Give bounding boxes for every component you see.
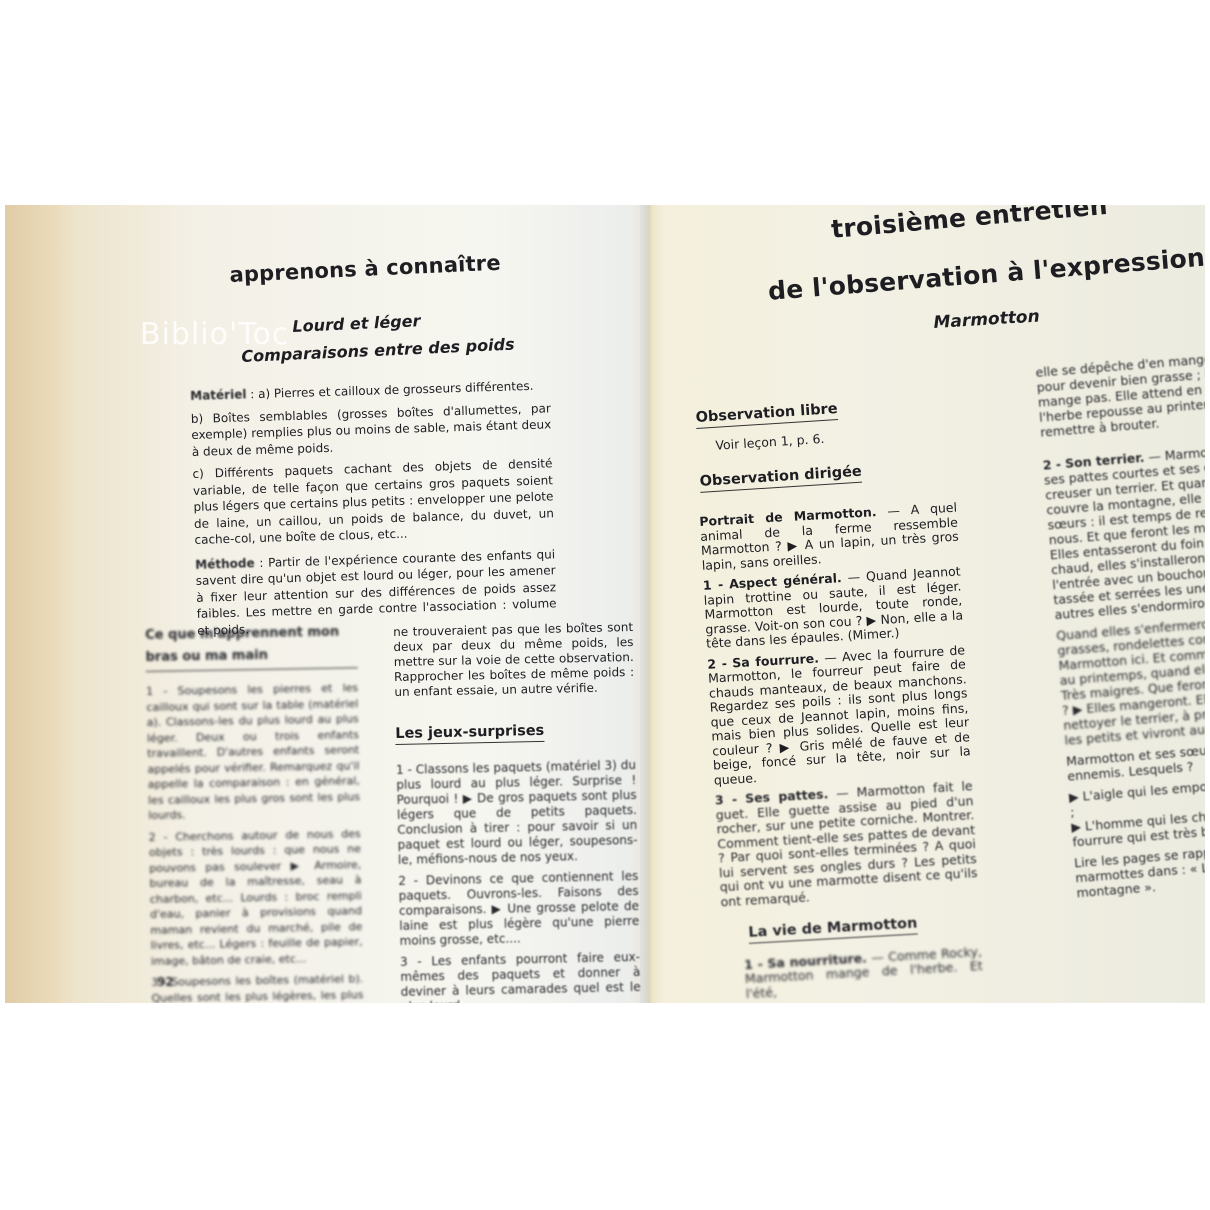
list-item: 2 - Devinons ce que contiennent les paqu… [398, 869, 640, 949]
observation-libre-text: Voir leçon 1, p. 6. [715, 424, 928, 453]
observation-dirigee-block: Portrait de Marmotton. — A quel animal d… [699, 501, 984, 1003]
item-number: 2 - [1042, 456, 1061, 472]
materiel-c: c) Différents paquets cachant des objets… [192, 455, 554, 548]
left-column-1: Ce que m'apprennent mon bras ou ma main … [145, 621, 364, 1003]
methode-label: Méthode [195, 556, 255, 572]
column-continuation: ne trouveraient pas que les boîtes sont … [393, 620, 635, 700]
left-page-subtitle-1: Lourd et léger [292, 311, 421, 336]
page-number: 92 [157, 975, 174, 989]
list-item: 1 - Soupesons les pierres et les caillou… [146, 680, 360, 823]
materiel-label: Matériel [190, 387, 247, 403]
list-item: 3 - Les enfants pourront faire eux-mêmes… [400, 950, 641, 1003]
left-column-2: ne trouveraient pas que les boîtes sont … [393, 620, 641, 1003]
materiel-a: : a) Pierres et cailloux de grosseurs di… [250, 379, 534, 401]
list-item: 1 - Classons les paquets (matériel 3) du… [396, 758, 638, 868]
right-page-title-2: de l'observation à l'expression [767, 243, 1205, 306]
page-edge-shadow [5, 205, 75, 1003]
materiel-b: b) Boîtes semblables (grosses boîtes d'a… [191, 400, 552, 460]
right-column-2: elle se dépêche d'en manger beaucoup pou… [1035, 345, 1205, 907]
right-page-subtitle: Marmotton [933, 307, 1040, 333]
left-page-title: apprenons à connaître [229, 251, 501, 287]
column-2-top: elle se dépêche d'en manger beaucoup pou… [1035, 345, 1205, 440]
book-gutter [640, 205, 662, 1003]
section-heading-observation-dirigee: Observation dirigée [699, 464, 862, 493]
column-2-para-1: Quand elles s'enfermeront, elles seront … [1056, 608, 1205, 748]
book-photo: apprenons à connaître Biblio'Toc Lourd e… [5, 205, 1205, 1003]
right-column-1: Observation libre Voir leçon 1, p. 6. Ob… [695, 393, 930, 493]
section-heading-observation-libre: Observation libre [695, 401, 838, 429]
section-heading-bras-main: Ce que m'apprennent mon bras ou ma main [145, 621, 358, 672]
materiel-block: Matériel : a) Pierres et cailloux de gro… [190, 377, 557, 645]
list-item: 3 - Soupesons les boîtes (matériel b). Q… [151, 971, 364, 1003]
list-item: 2 - Cherchons autour de nous des objets … [149, 826, 363, 969]
section-heading-vie-marmotton: La vie de Marmotton [748, 916, 918, 943]
right-page-title-1: troisième entretien [830, 205, 1109, 244]
section-heading-jeux-surprises: Les jeux-surprises [395, 723, 544, 745]
